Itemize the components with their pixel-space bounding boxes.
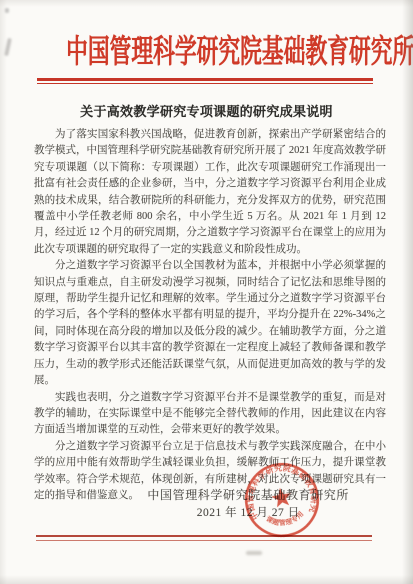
- footer-divider-thick-line: [36, 535, 372, 537]
- footer-divider-thin-line: [36, 540, 372, 541]
- letterhead-divider: [37, 78, 373, 84]
- official-seal: 中国管理科学研究院基础教育研究所 课题管理专用章: [237, 455, 327, 545]
- letterhead-title: 中国管理科学研究院基础教育研究所: [66, 34, 347, 68]
- letterhead-divider-thick-line: [37, 78, 373, 81]
- paragraph-1: 为了落实国家科教兴国战略，促进教育创新，探索出产学研紧密结合的教学模式，中国管理…: [34, 127, 386, 258]
- document-body: 为了落实国家科教兴国战略，促进教育创新，探索出产学研紧密结合的教学模式，中国管理…: [34, 127, 386, 504]
- scanned-document-page: 中国管理科学研究院基础教育研究所 关于高效教学研究专项课题的研究成果说明 为了落…: [0, 0, 413, 584]
- paragraph-2: 分之道数字学习资源平台以全国教材为蓝本，并根据中小学必须掌握的知识点与重难点，自…: [34, 258, 386, 389]
- paragraph-3: 实践也表明，分之道数字学习资源平台并不是课堂教学的重复，而是对教学的辅助，在实际…: [34, 390, 386, 439]
- seal-star-icon: [270, 486, 293, 508]
- seal-graphic: 中国管理科学研究院基础教育研究所 课题管理专用章: [237, 455, 327, 545]
- scan-artifact-corner: [5, 8, 9, 13]
- document-title: 关于高效教学研究专项课题的研究成果说明: [0, 104, 413, 119]
- scan-artifact-smudge: [246, 551, 262, 555]
- footer-divider: [36, 535, 372, 541]
- scan-artifact-left-edge: [4, 38, 12, 56]
- letterhead-divider-thin-line: [37, 83, 373, 84]
